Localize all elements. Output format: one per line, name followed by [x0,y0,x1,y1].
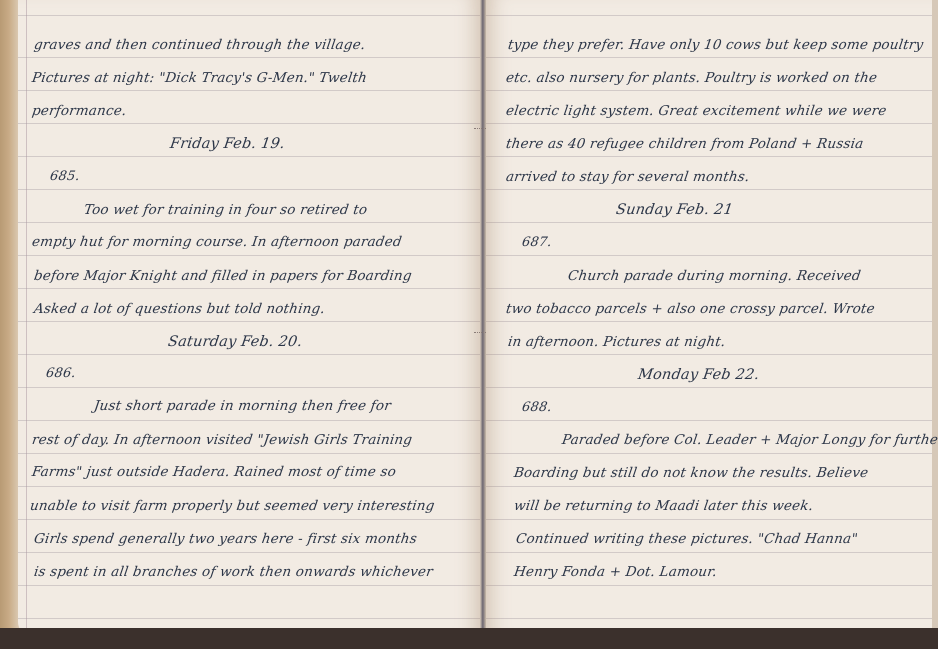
text-line: Continued writing these pictures. "Chad … [515,531,859,547]
text-line: Paraded before Col. Leader + Major Longy… [561,432,938,448]
text-line: in afternoon. Pictures at night. [507,334,727,350]
text-line: Farms" just outside Hadera. Rained most … [31,464,397,480]
margin-line [26,0,27,636]
text-line: is spent in all branches of work then on… [33,564,434,580]
text-line: before Major Knight and filled in papers… [33,268,413,284]
text-line: Henry Fonda + Dot. Lamour. [513,564,718,580]
text-line: etc. also nursery for plants. Poultry is… [505,70,878,86]
text-line: rest of day. In afternoon visited "Jewis… [31,432,413,448]
text-line: there as 40 refugee children from Poland… [505,136,865,152]
text-line: will be returning to Maadi later this we… [513,498,814,514]
entry-number: 687. [521,235,553,250]
text-line: Just short parade in morning then free f… [93,398,392,414]
text-line: Girls spend generally two years here - f… [33,531,418,547]
text-line: electric light system. Great excitement … [505,103,888,119]
entry-date: Saturday Feb. 20. [167,334,303,350]
text-line: Pictures at night: "Dick Tracy's G-Men."… [31,70,368,86]
entry-number: 685. [49,169,81,184]
entry-date: Sunday Feb. 21 [615,202,734,218]
entry-date: Friday Feb. 19. [169,136,286,152]
entry-date: Monday Feb 22. [637,367,760,383]
text-line: Too wet for training in four so retired … [83,202,368,218]
text-line: two tobacco parcels + also one crossy pa… [505,301,876,317]
text-line: empty hut for morning course. In afterno… [31,234,403,250]
text-line: Boarding but still do not know the resul… [513,465,870,481]
left-page: graves and then continued through the vi… [18,0,480,636]
text-line: type they prefer. Have only 10 cows but … [507,37,925,53]
text-line: graves and then continued through the vi… [33,37,367,53]
notebook: graves and then continued through the vi… [0,0,938,640]
text-line: Church parade during morning. Received [567,268,862,284]
cover-bottom-edge [0,628,938,649]
right-page: type they prefer. Have only 10 cows but … [486,0,932,636]
text-line: unable to visit farm properly but seemed… [29,498,436,514]
text-line: performance. [31,103,128,119]
text-line: arrived to stay for several months. [505,169,751,185]
entry-number: 686. [45,366,77,381]
text-line: Asked a lot of questions but told nothin… [33,301,326,317]
entry-number: 688. [521,400,553,415]
